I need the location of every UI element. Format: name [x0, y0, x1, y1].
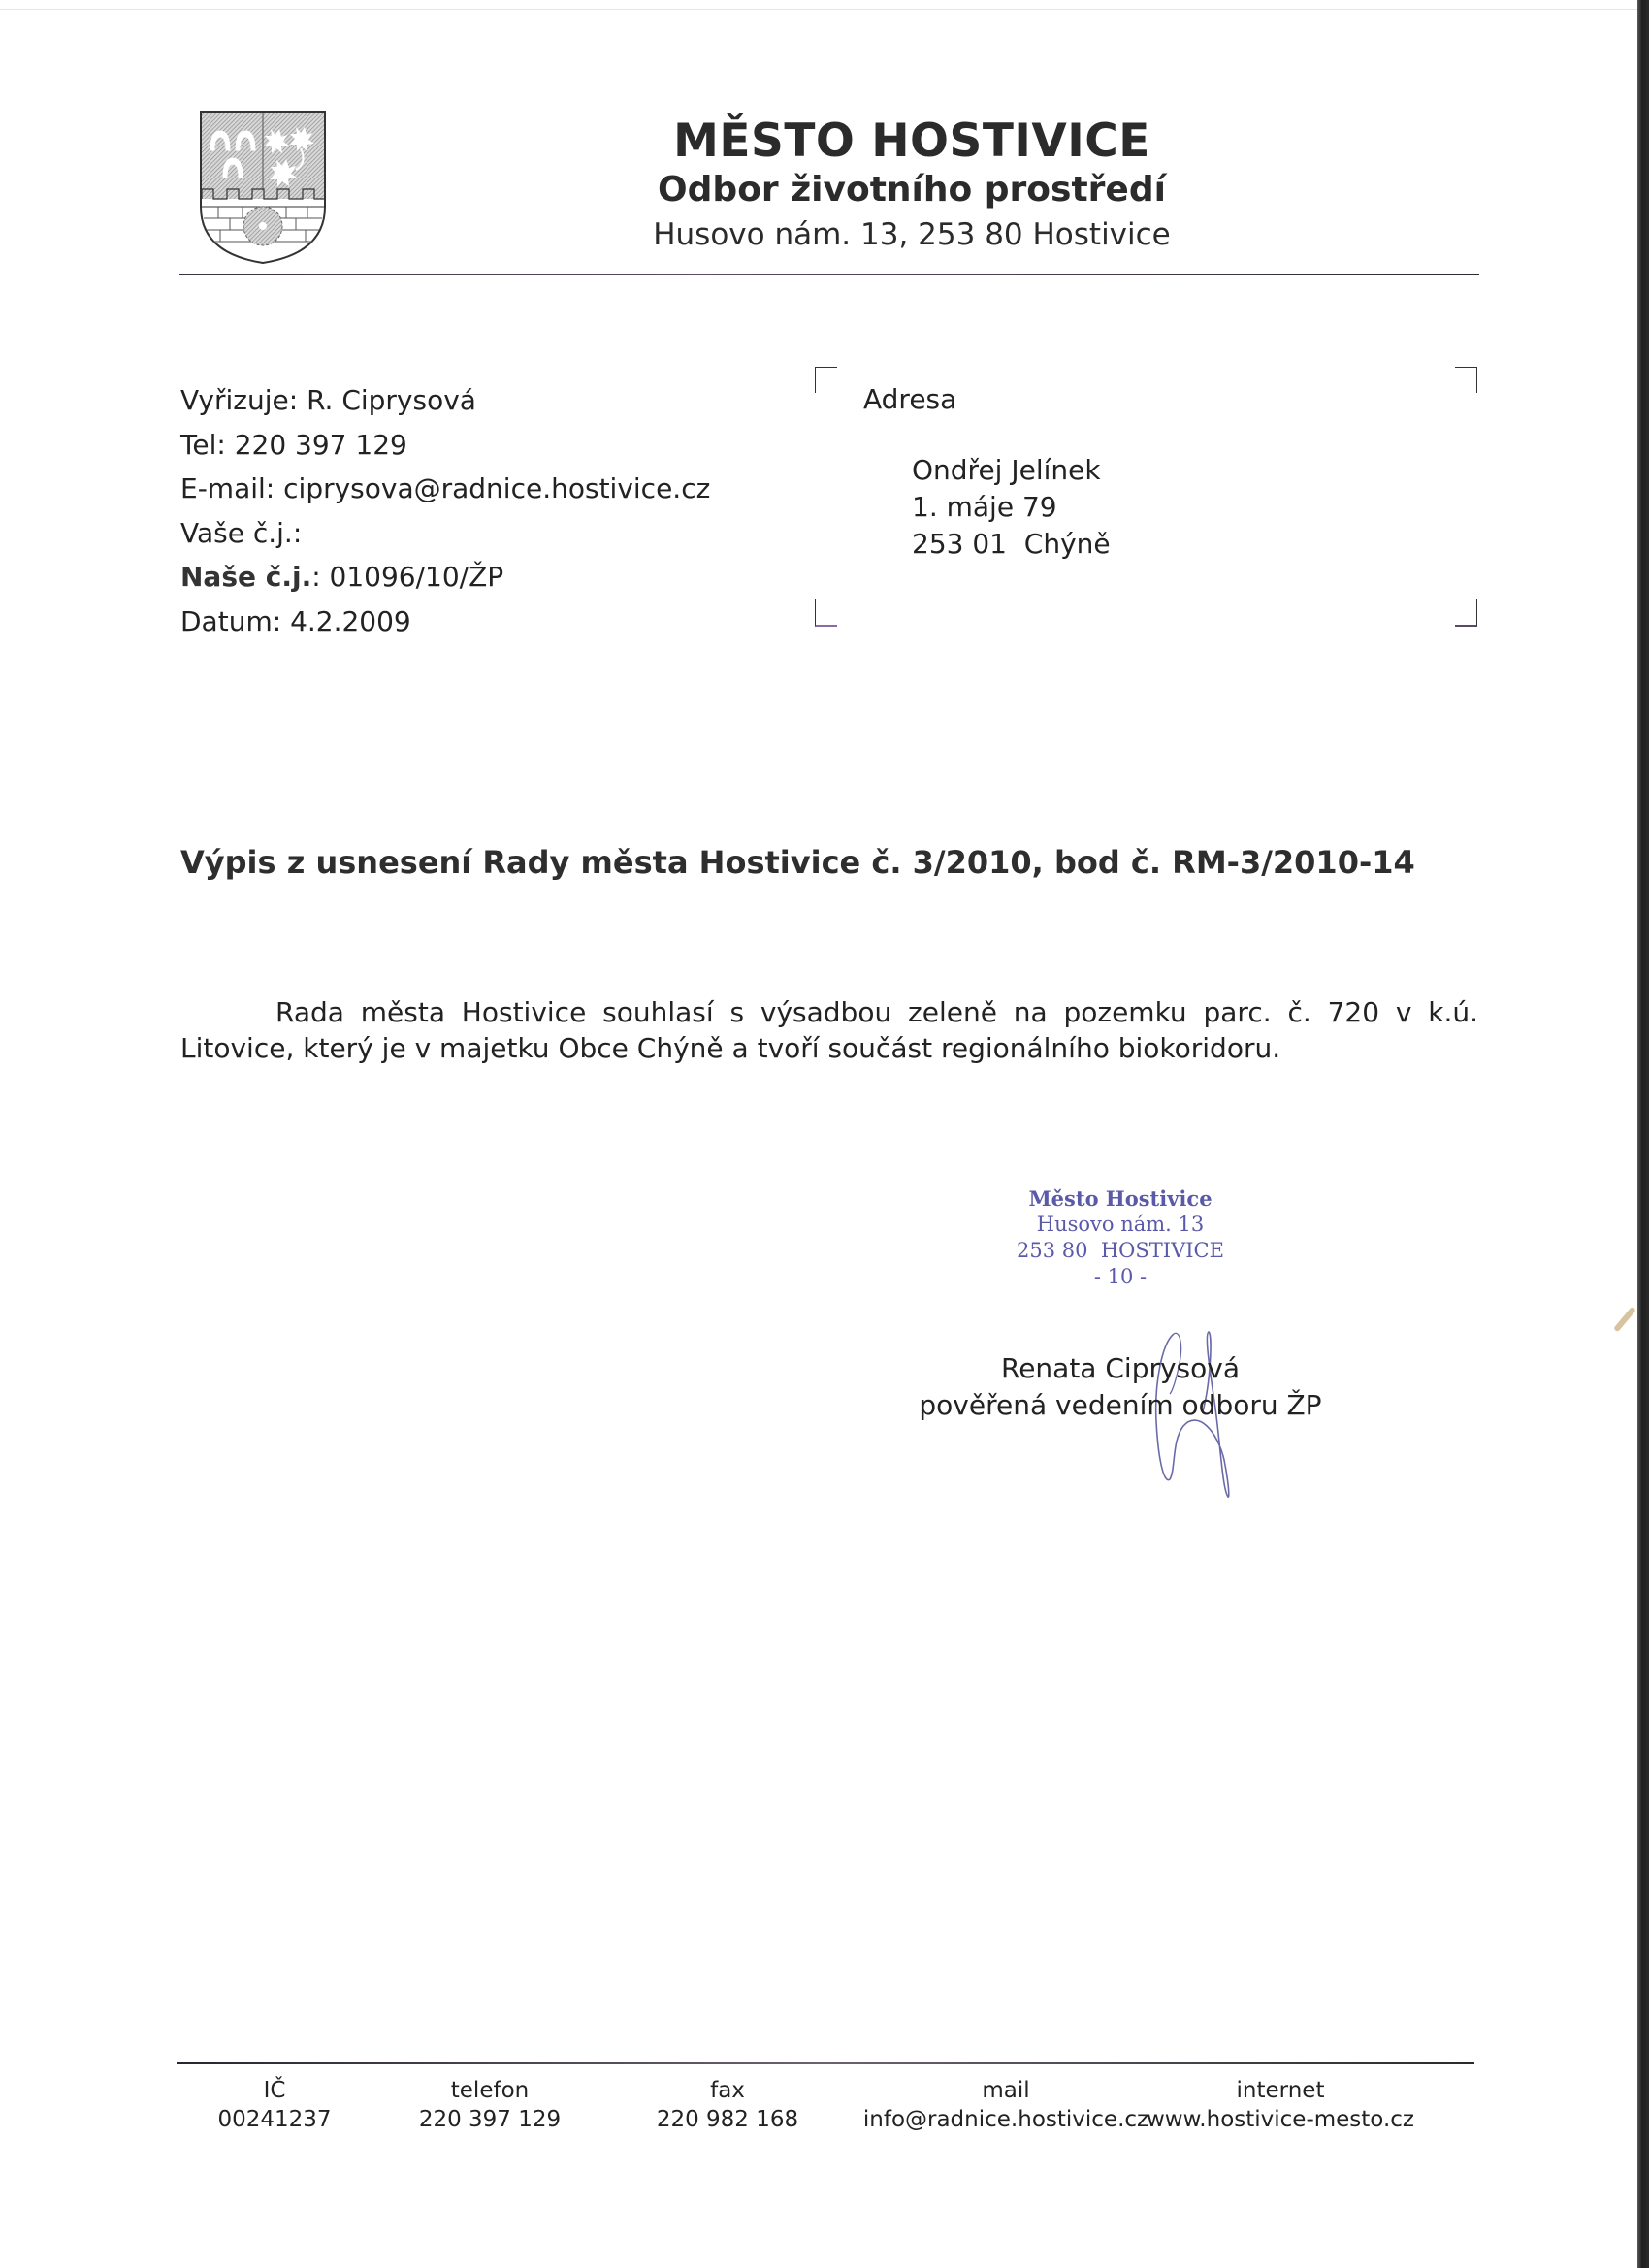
footer-ic-value: 00241237: [207, 2105, 342, 2134]
our-ref-value: : 01096/10/ŽP: [311, 561, 503, 593]
address-window-corner: [1455, 599, 1477, 627]
subject-part-2: 0, bod č. RM-3/2010-14: [1010, 844, 1414, 881]
footer-mail-value[interactable]: info@radnice.hostivice.cz: [860, 2105, 1151, 2134]
stamp-line-2: Husovo nám. 13: [1009, 1212, 1232, 1238]
date-row: Datum: 4.2.2009: [180, 599, 710, 644]
header-divider: [179, 274, 1479, 275]
email-value: ciprysova@radnice.hostivice.cz: [283, 472, 710, 504]
footer-ic: IČ 00241237: [207, 2076, 342, 2134]
sender-info: Vyřizuje: R. Ciprysová Tel: 220 397 129 …: [180, 378, 710, 643]
footer-fax-label: fax: [645, 2076, 810, 2105]
footer-internet: internet www.hostivice-mesto.cz: [1140, 2076, 1421, 2134]
coat-of-arms-icon: [199, 110, 327, 265]
footer-mail-label: mail: [860, 2076, 1151, 2105]
footer-telefon-value: 220 397 129: [407, 2105, 572, 2134]
resolution-text: Rada města Hostivice souhlasí s výsadbou…: [180, 994, 1478, 1066]
signatory-title: pověřená vedením odboru ŽP: [902, 1387, 1339, 1424]
date-label: Datum:: [180, 605, 281, 637]
footer-telefon: telefon 220 397 129: [407, 2076, 572, 2134]
email-label: E-mail:: [180, 472, 275, 504]
department-title: Odbor životního prostředí: [543, 170, 1280, 210]
address-window-corner: [815, 599, 837, 627]
email-row: E-mail: ciprysova@radnice.hostivice.cz: [180, 467, 710, 511]
your-ref-label: Vaše č.j.:: [180, 517, 302, 549]
signatory-name: Renata Ciprysová: [902, 1350, 1339, 1387]
date-value: 4.2.2009: [290, 605, 411, 637]
tel-label: Tel:: [180, 429, 226, 461]
document-subject: Výpis z usnesení Rady města Hostivice č.…: [180, 844, 1415, 881]
footer-telefon-label: telefon: [407, 2076, 572, 2105]
footer-fax: fax 220 982 168: [645, 2076, 810, 2134]
scan-faint-line: [170, 1118, 713, 1118]
tel-value: 220 397 129: [235, 429, 407, 461]
city-title: MĚSTO HOSTIVICE: [543, 114, 1280, 168]
footer-ic-label: IČ: [207, 2076, 342, 2105]
address-label: Adresa: [863, 383, 956, 415]
footer-divider: [177, 2062, 1474, 2064]
our-ref-row: Naše č.j.: 01096/10/ŽP: [180, 555, 710, 599]
address-window-corner: [815, 367, 837, 393]
footer-internet-label: internet: [1140, 2076, 1421, 2105]
address-window-corner: [1455, 367, 1477, 393]
subject-part-1: Výpis z usnesení Rady města Hostivice č.…: [180, 844, 1010, 881]
scan-edge-right: [1637, 0, 1649, 2268]
your-ref-row: Vaše č.j.:: [180, 511, 710, 556]
stamp-line-1: Město Hostivice: [1009, 1185, 1232, 1212]
stamp-line-4: - 10 -: [1009, 1264, 1232, 1290]
footer-fax-value: 220 982 168: [645, 2105, 810, 2134]
scan-edge-top: [0, 9, 1637, 10]
signatory: Renata Ciprysová pověřená vedením odboru…: [902, 1350, 1339, 1424]
handled-by-value: R. Ciprysová: [307, 384, 476, 416]
footer-mail: mail info@radnice.hostivice.cz: [860, 2076, 1151, 2134]
recipient-street: 1. máje 79: [912, 489, 1111, 526]
scan-speck: [1613, 1307, 1636, 1333]
footer-internet-value[interactable]: www.hostivice-mesto.cz: [1140, 2105, 1421, 2134]
handled-by-row: Vyřizuje: R. Ciprysová: [180, 378, 710, 423]
office-address: Husovo nám. 13, 253 80 Hostivice: [543, 217, 1280, 252]
recipient-name: Ondřej Jelínek: [912, 452, 1111, 489]
official-stamp: Město Hostivice Husovo nám. 13 253 80 HO…: [1009, 1185, 1232, 1290]
tel-row: Tel: 220 397 129: [180, 423, 710, 468]
our-ref-label: Naše č.j.: [180, 561, 311, 593]
handled-by-label: Vyřizuje:: [180, 384, 298, 416]
recipient-city: 253 01 Chýně: [912, 526, 1111, 563]
recipient-address: Ondřej Jelínek 1. máje 79 253 01 Chýně: [912, 452, 1111, 563]
stamp-line-3: 253 80 HOSTIVICE: [1009, 1238, 1232, 1264]
